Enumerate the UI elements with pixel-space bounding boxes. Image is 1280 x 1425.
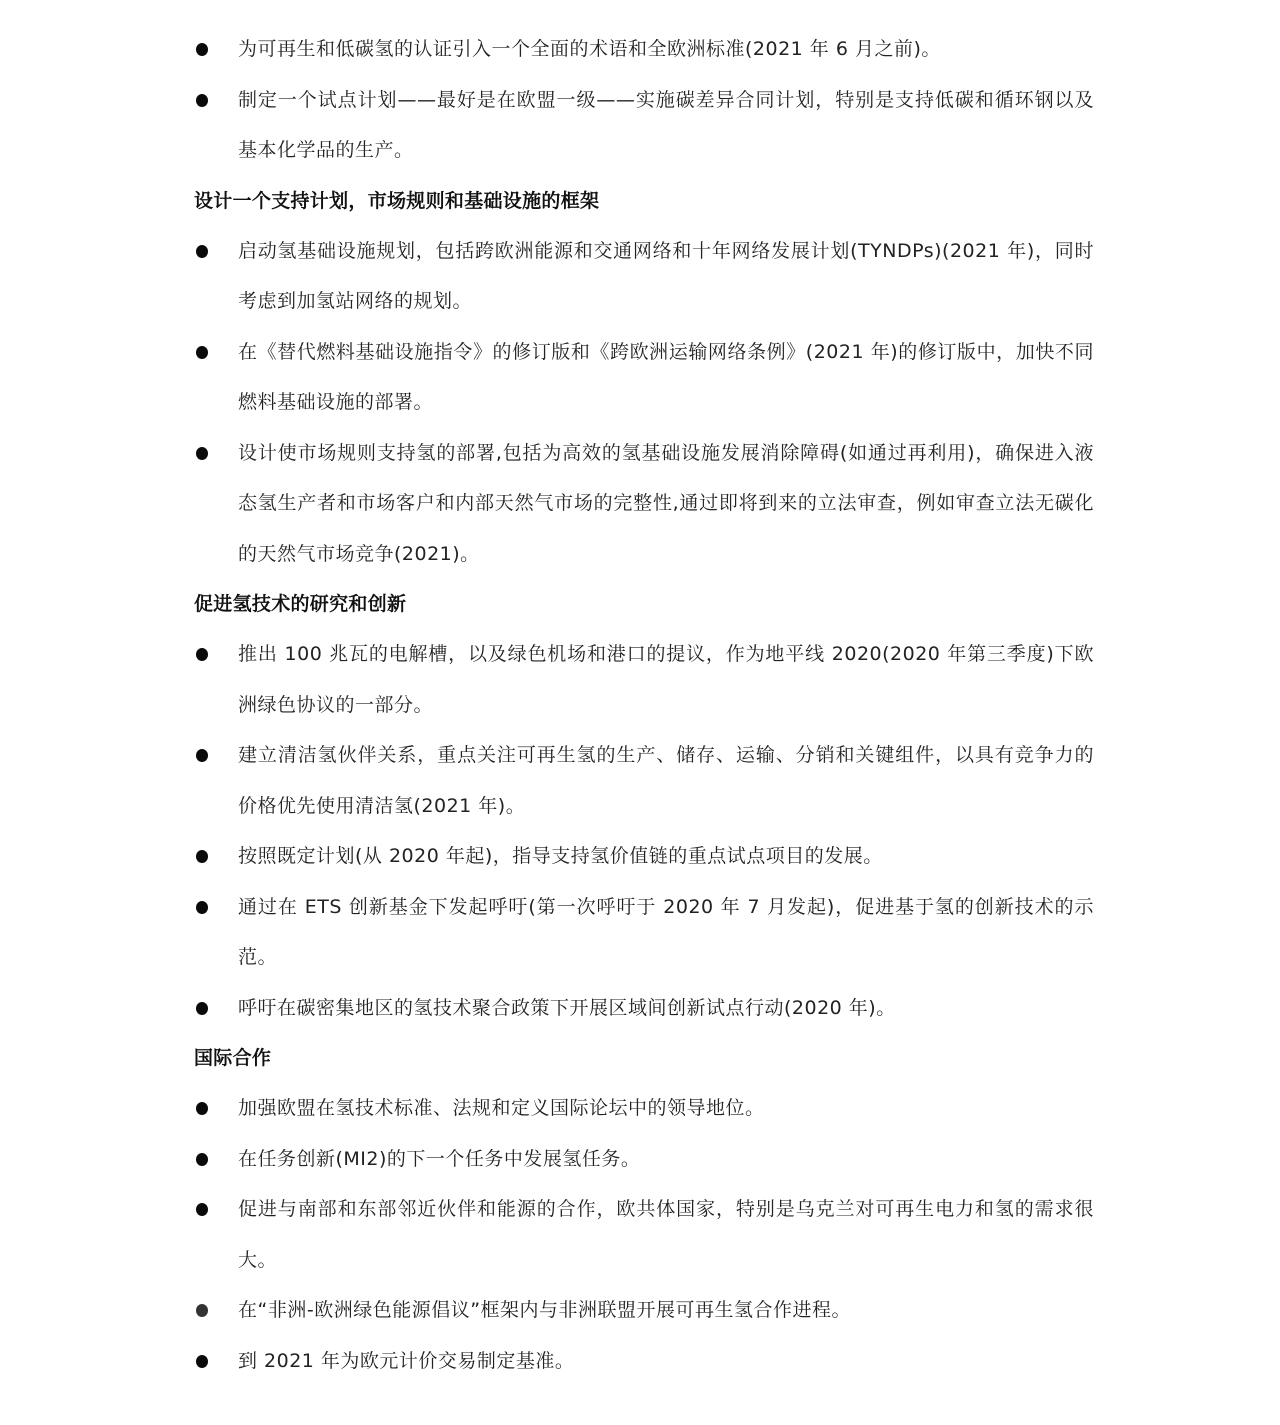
list-item-text: 启动氢基础设施规划，包括跨欧洲能源和交通网络和十年网络发展计划(TYNDPs)(… <box>238 226 1094 327</box>
list-item: 为可再生和低碳氢的认证引入一个全面的术语和全欧洲标准(2021 年 6 月之前)… <box>194 24 1094 75</box>
bullet-icon <box>196 901 208 914</box>
list-item-text: 呼吁在碳密集地区的氢技术聚合政策下开展区域间创新试点行动(2020 年)。 <box>238 983 1094 1034</box>
list-item: 促进与南部和东部邻近伙伴和能源的合作，欧共体国家，特别是乌克兰对可再生电力和氢的… <box>194 1184 1094 1285</box>
list-item-text: 在任务创新(MI2)的下一个任务中发展氢任务。 <box>238 1134 1094 1185</box>
list-item: 在任务创新(MI2)的下一个任务中发展氢任务。 <box>194 1134 1094 1185</box>
list-item: 推出 100 兆瓦的电解槽，以及绿色机场和港口的提议，作为地平线 2020(20… <box>194 629 1094 730</box>
list-item: 设计使市场规则支持氢的部署,包括为高效的氢基础设施发展消除障碍(如通过再利用)，… <box>194 428 1094 580</box>
list-item-text: 到 2021 年为欧元计价交易制定基准。 <box>238 1336 1094 1387</box>
bullet-icon <box>196 749 208 762</box>
list-item: 通过在 ETS 创新基金下发起呼吁(第一次呼吁于 2020 年 7 月发起)，促… <box>194 882 1094 983</box>
bullet-icon <box>196 43 208 56</box>
list-item-text: 按照既定计划(从 2020 年起)，指导支持氢价值链的重点试点项目的发展。 <box>238 831 1094 882</box>
list-item-text: 设计使市场规则支持氢的部署,包括为高效的氢基础设施发展消除障碍(如通过再利用)，… <box>238 428 1094 580</box>
section-heading: 国际合作 <box>194 1033 1094 1083</box>
list-item: 建立清洁氢伙伴关系，重点关注可再生氢的生产、储存、运输、分销和关键组件，以具有竞… <box>194 730 1094 831</box>
section-heading: 促进氢技术的研究和创新 <box>194 579 1094 629</box>
bullet-icon <box>196 1203 208 1216</box>
list-item: 到 2021 年为欧元计价交易制定基准。 <box>194 1336 1094 1387</box>
bullet-icon <box>196 1153 208 1166</box>
list-item-text: 为可再生和低碳氢的认证引入一个全面的术语和全欧洲标准(2021 年 6 月之前)… <box>238 24 1094 75</box>
list-item: 在“非洲-欧洲绿色能源倡议”框架内与非洲联盟开展可再生氢合作进程。 <box>194 1285 1094 1336</box>
bullet-icon <box>196 346 208 359</box>
list-item: 呼吁在碳密集地区的氢技术聚合政策下开展区域间创新试点行动(2020 年)。 <box>194 983 1094 1034</box>
list-item: 按照既定计划(从 2020 年起)，指导支持氢价值链的重点试点项目的发展。 <box>194 831 1094 882</box>
document-body: 为可再生和低碳氢的认证引入一个全面的术语和全欧洲标准(2021 年 6 月之前)… <box>194 24 1094 1386</box>
bullet-icon <box>196 447 208 460</box>
bullet-icon <box>196 94 208 107</box>
bullet-icon <box>196 1355 208 1368</box>
list-item-text: 促进与南部和东部邻近伙伴和能源的合作，欧共体国家，特别是乌克兰对可再生电力和氢的… <box>238 1184 1094 1285</box>
bullet-icon <box>196 1002 208 1015</box>
bullet-icon <box>196 1102 208 1115</box>
list-item-text: 通过在 ETS 创新基金下发起呼吁(第一次呼吁于 2020 年 7 月发起)，促… <box>238 882 1094 983</box>
bullet-icon <box>196 245 208 258</box>
list-item: 加强欧盟在氢技术标准、法规和定义国际论坛中的领导地位。 <box>194 1083 1094 1134</box>
bullet-icon <box>196 648 208 661</box>
list-item-text: 制定一个试点计划——最好是在欧盟一级——实施碳差异合同计划，特别是支持低碳和循环… <box>238 75 1094 176</box>
list-item-text: 建立清洁氢伙伴关系，重点关注可再生氢的生产、储存、运输、分销和关键组件，以具有竞… <box>238 730 1094 831</box>
bullet-icon <box>196 850 208 863</box>
list-item: 在《替代燃料基础设施指令》的修订版和《跨欧洲运输网络条例》(2021 年)的修订… <box>194 327 1094 428</box>
list-item-text: 加强欧盟在氢技术标准、法规和定义国际论坛中的领导地位。 <box>238 1083 1094 1134</box>
list-item-text: 推出 100 兆瓦的电解槽，以及绿色机场和港口的提议，作为地平线 2020(20… <box>238 629 1094 730</box>
list-item: 制定一个试点计划——最好是在欧盟一级——实施碳差异合同计划，特别是支持低碳和循环… <box>194 75 1094 176</box>
list-item-text: 在《替代燃料基础设施指令》的修订版和《跨欧洲运输网络条例》(2021 年)的修订… <box>238 327 1094 428</box>
section-heading: 设计一个支持计划，市场规则和基础设施的框架 <box>194 176 1094 226</box>
list-item: 启动氢基础设施规划，包括跨欧洲能源和交通网络和十年网络发展计划(TYNDPs)(… <box>194 226 1094 327</box>
list-item-text: 在“非洲-欧洲绿色能源倡议”框架内与非洲联盟开展可再生氢合作进程。 <box>238 1285 1094 1336</box>
bullet-icon <box>196 1304 208 1317</box>
document-page: 为可再生和低碳氢的认证引入一个全面的术语和全欧洲标准(2021 年 6 月之前)… <box>0 0 1280 1425</box>
